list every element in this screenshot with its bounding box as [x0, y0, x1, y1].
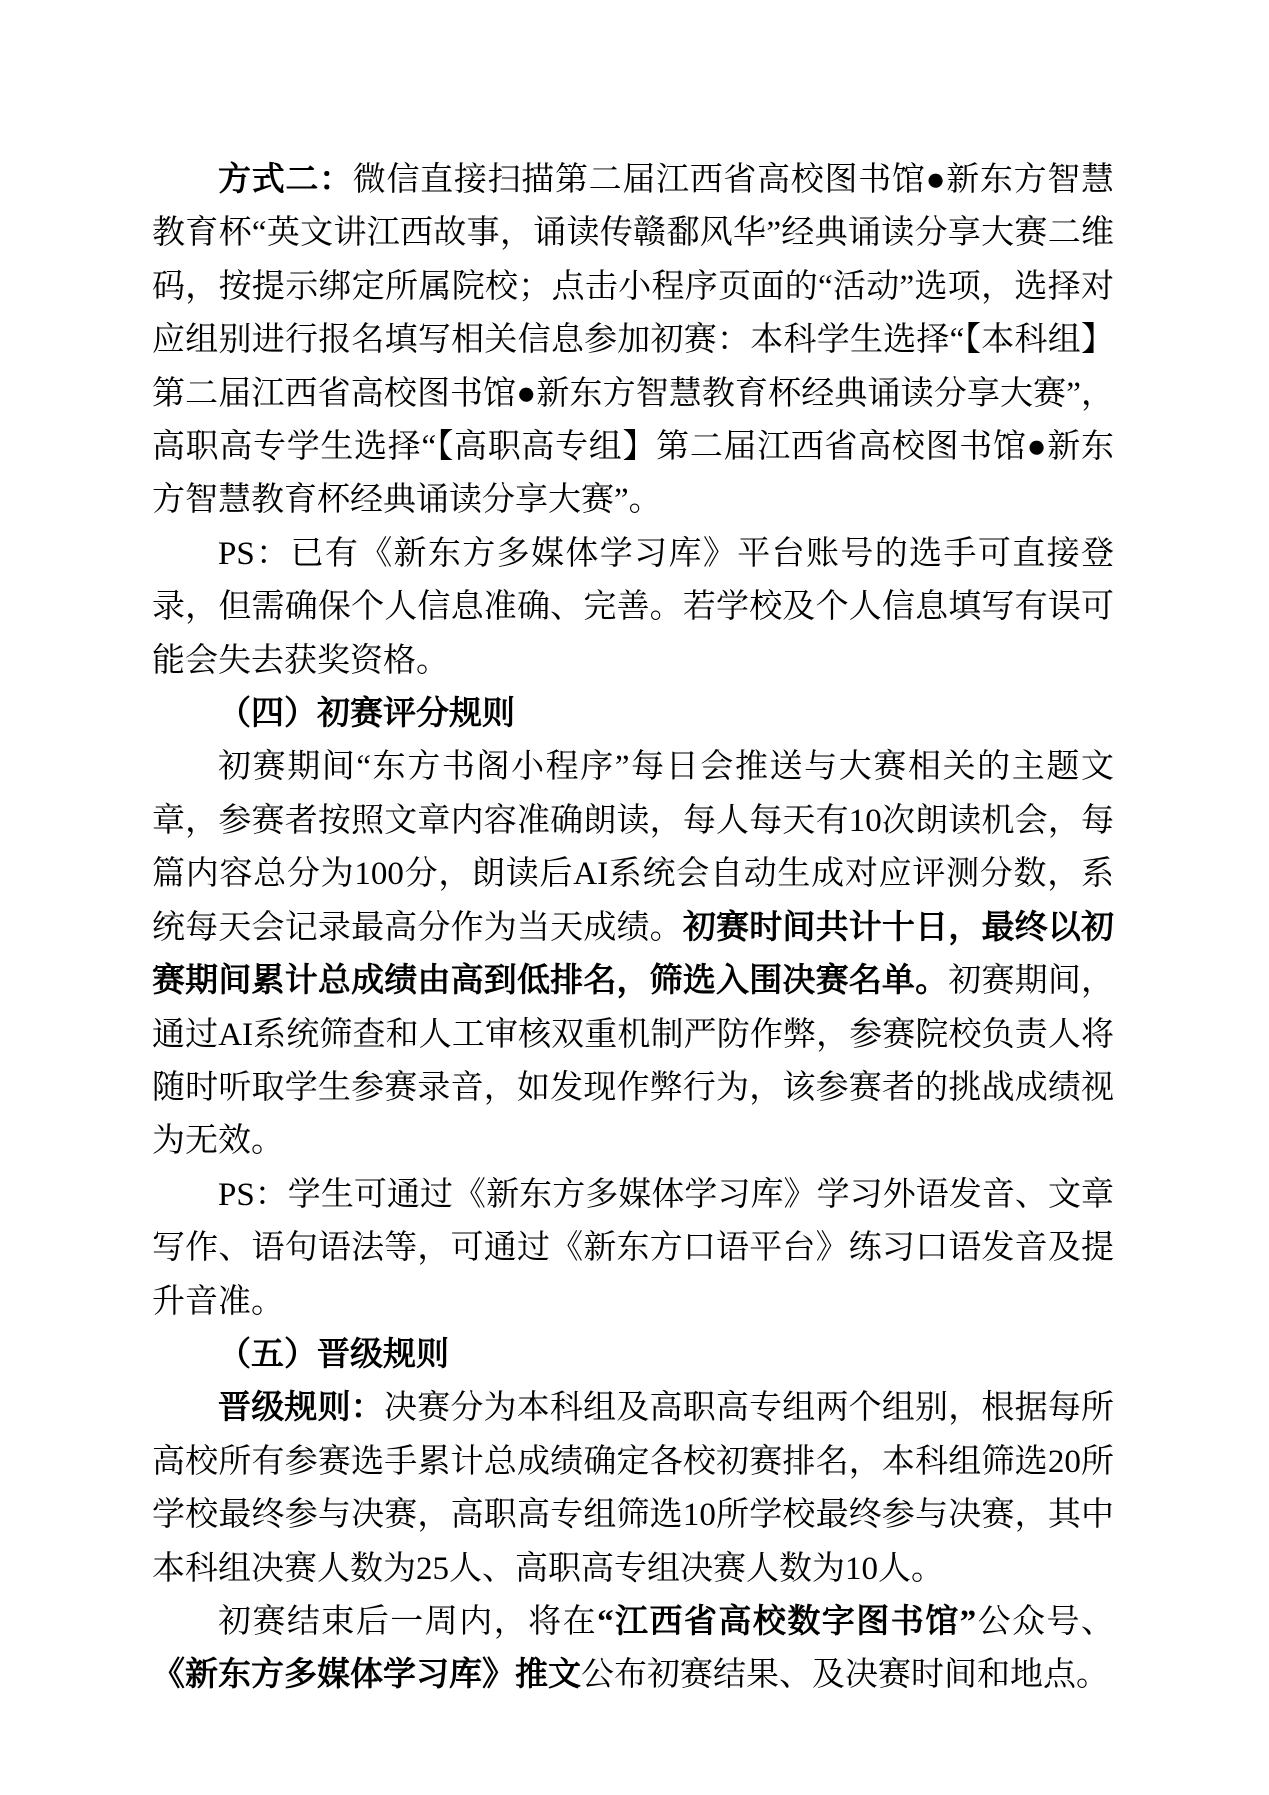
- document-content: 方式二：微信直接扫描第二届江西省高校图书馆●新东方智慧教育杯“英文讲江西故事，诵…: [152, 154, 1114, 1703]
- paragraph: PS：学生可通过《新东方多媒体学习库》学习外语发音、文章写作、语句语法等，可通过…: [152, 1169, 1114, 1329]
- paragraph: 初赛期间“东方书阁小程序”每日会推送与大赛相关的主题文章，参赛者按照文章内容准确…: [152, 741, 1114, 1168]
- text-run: 微信直接扫描第二届江西省高校图书馆●新东方智慧教育杯“英文讲江西故事，诵读传赣鄱…: [152, 162, 1114, 518]
- section-heading: （四）初赛评分规则: [152, 688, 1114, 741]
- text-run: 公布初赛结果、及决赛时间和地点。: [581, 1657, 1109, 1693]
- paragraph: 初赛结束后一周内，将在“江西省高校数字图书馆”公众号、《新东方多媒体学习库》推文…: [152, 1596, 1114, 1703]
- text-run-bold: （五）晋级规则: [218, 1337, 449, 1373]
- text-run-bold: （四）初赛评分规则: [218, 696, 515, 732]
- paragraph: PS：已有《新东方多媒体学习库》平台账号的选手可直接登录，但需确保个人信息准确、…: [152, 528, 1114, 688]
- text-run: 公众号、: [976, 1604, 1114, 1640]
- text-run-bold: 《新东方多媒体学习库》推文: [152, 1657, 581, 1693]
- text-run: PS：学生可通过《新东方多媒体学习库》学习外语发音、文章写作、语句语法等，可通过…: [152, 1177, 1114, 1320]
- section-heading: （五）晋级规则: [152, 1329, 1114, 1382]
- text-run-bold: “江西省高校数字图书馆”: [597, 1604, 976, 1640]
- text-run: 初赛结束后一周内，将在: [218, 1604, 597, 1640]
- text-run: PS：已有《新东方多媒体学习库》平台账号的选手可直接登录，但需确保个人信息准确、…: [152, 536, 1114, 679]
- paragraph: 方式二：微信直接扫描第二届江西省高校图书馆●新东方智慧教育杯“英文讲江西故事，诵…: [152, 154, 1114, 528]
- document-page: 方式二：微信直接扫描第二届江西省高校图书馆●新东方智慧教育杯“英文讲江西故事，诵…: [0, 0, 1269, 1795]
- paragraph: 晋级规则：决赛分为本科组及高职高专组两个组别，根据每所高校所有参赛选手累计总成绩…: [152, 1382, 1114, 1596]
- text-run-bold: 方式二：: [218, 162, 353, 198]
- text-run-bold: 晋级规则：: [218, 1390, 384, 1426]
